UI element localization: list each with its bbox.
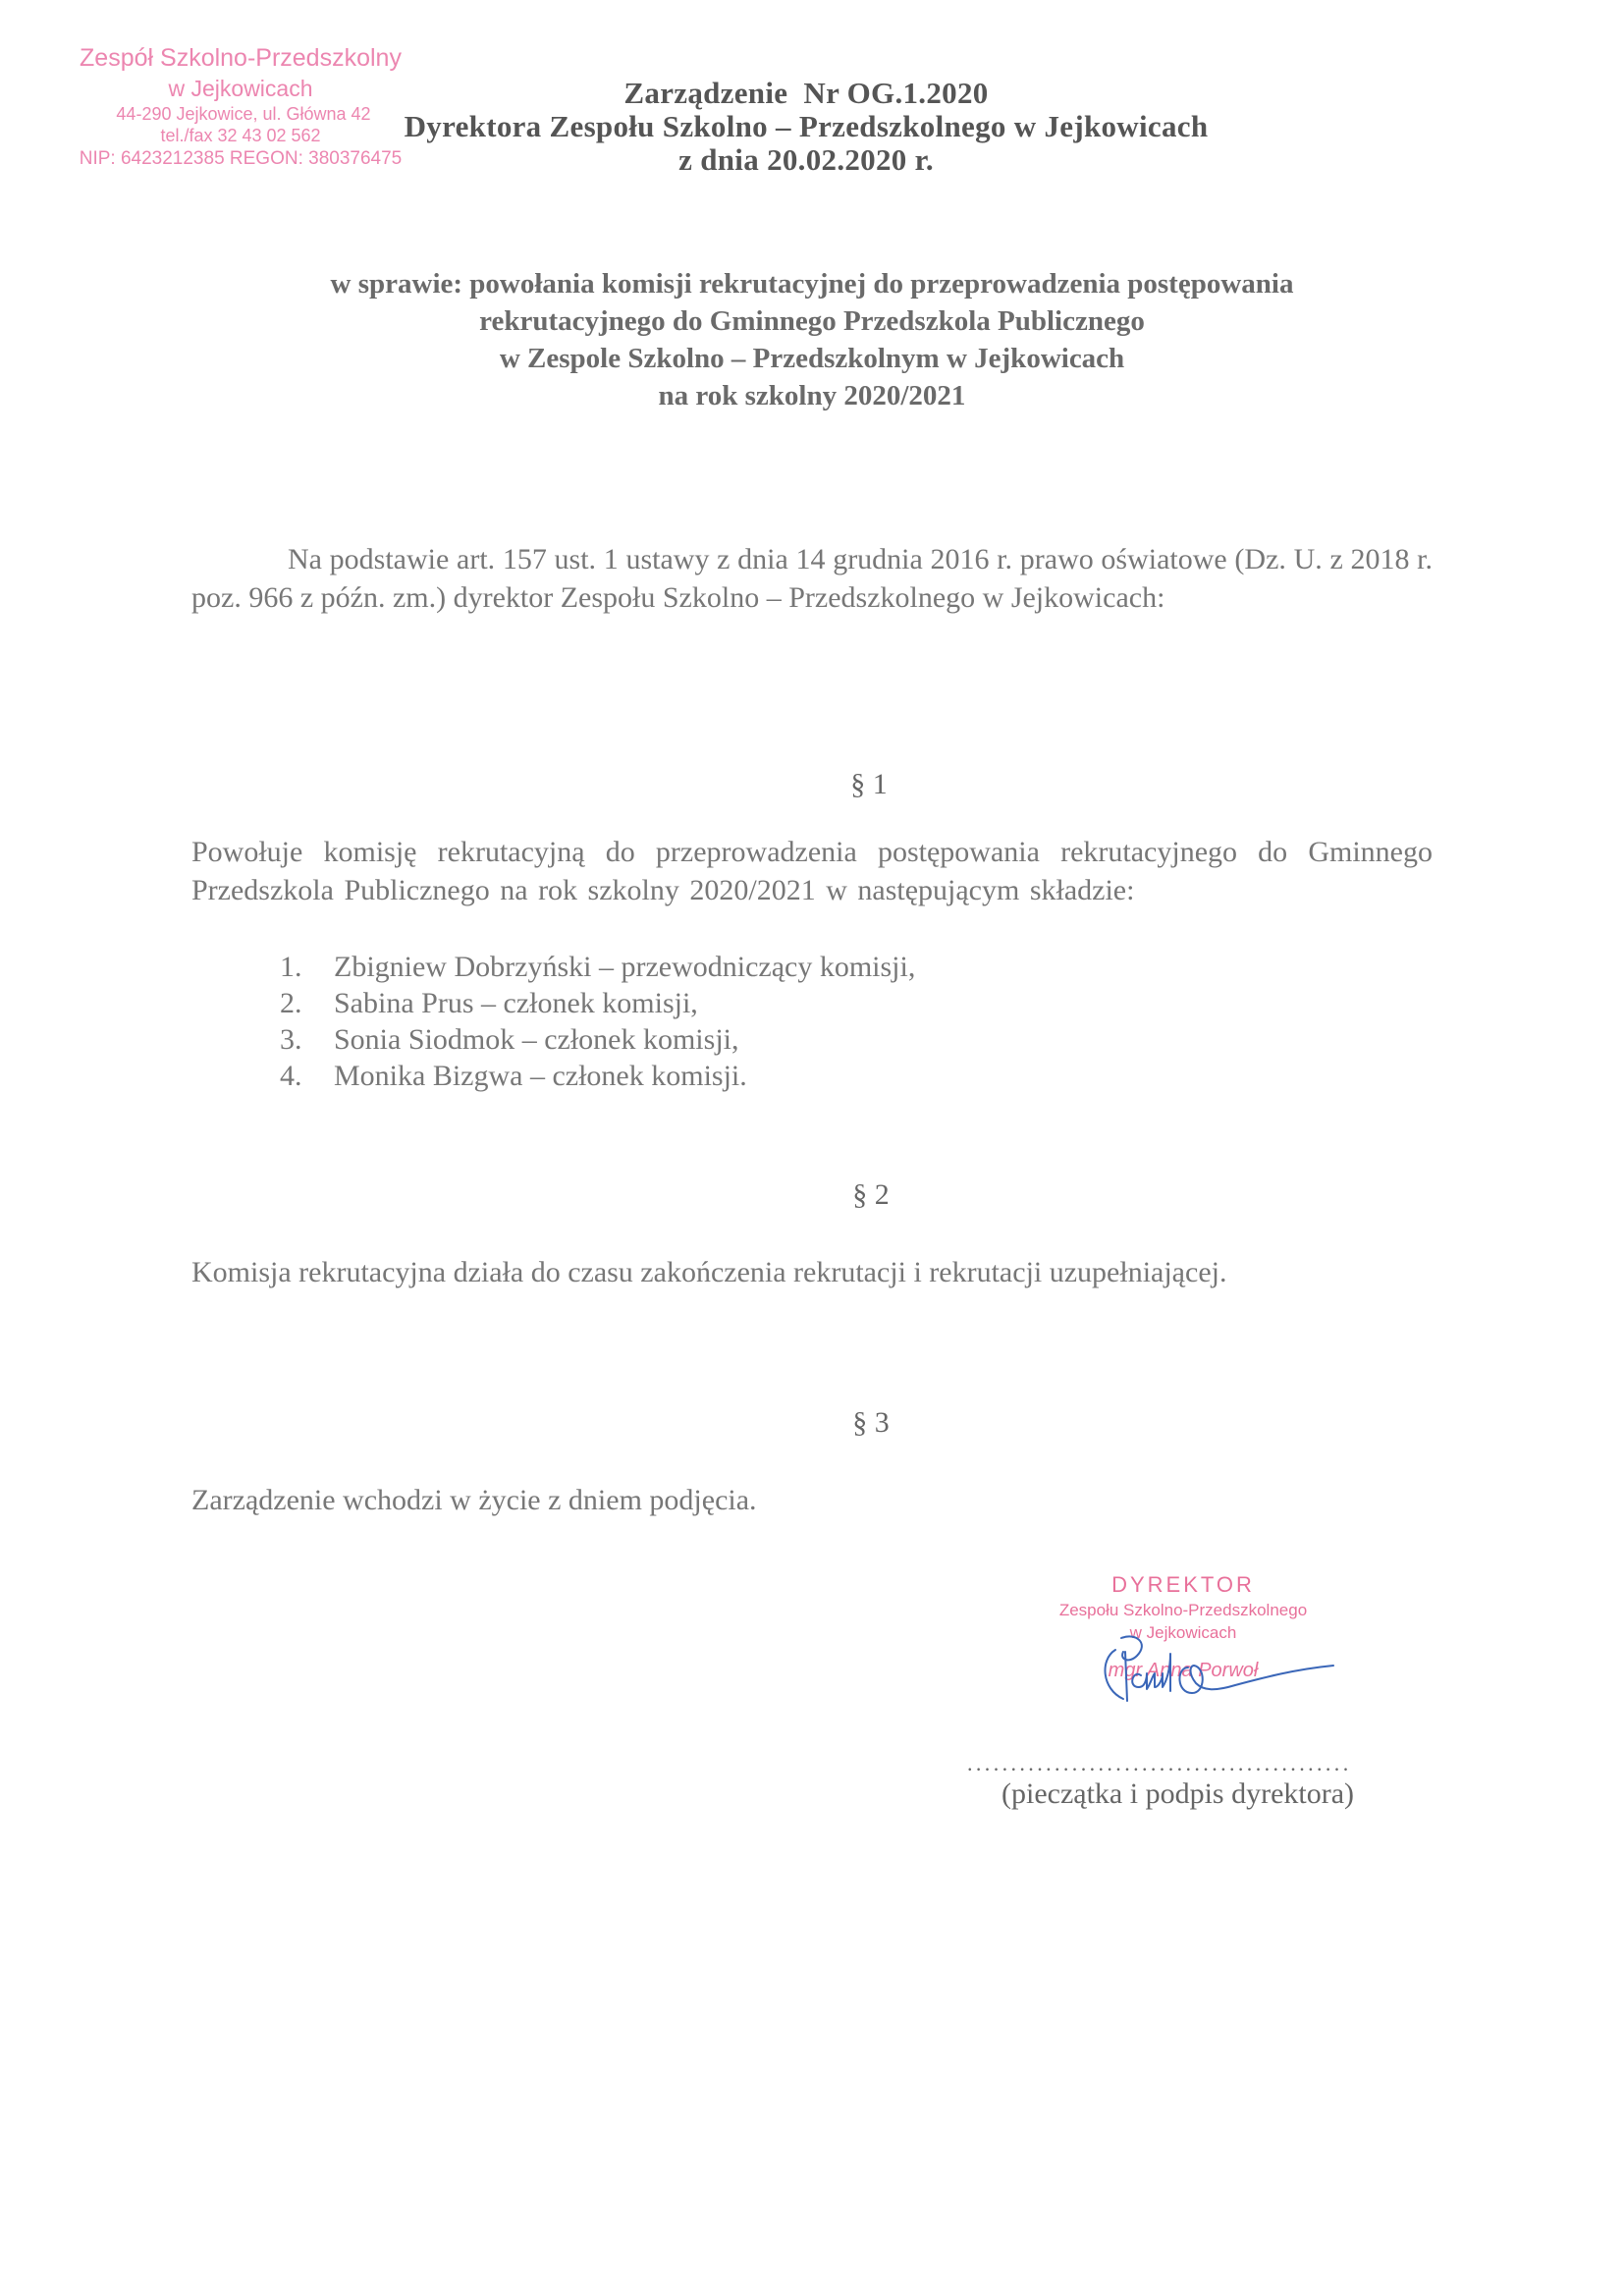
section-mark-3: § 3	[59, 1406, 1624, 1440]
signature-caption: (pieczątka i podpis dyrektora)	[1001, 1777, 1354, 1811]
list-item-text: Monika Bizgwa – członek komisji.	[334, 1060, 747, 1092]
school-stamp-name: Zespół Szkolno-Przedszkolny	[59, 43, 422, 74]
section-mark-1: § 1	[57, 768, 1624, 801]
document-title: Zarządzenie Nr OG.1.2020	[324, 77, 1288, 110]
preamble-text: Na podstawie art. 157 ust. 1 ustawy z dn…	[191, 543, 1433, 614]
section-3-text: Zarządzenie wchodzi w życie z dniem podj…	[191, 1481, 1173, 1519]
subject-line: w Zespole Szkolno – Przedszkolnym w Jejk…	[196, 340, 1428, 377]
list-item: 1.Zbigniew Dobrzyński – przewodniczący k…	[280, 949, 915, 985]
signature-icon	[1098, 1630, 1343, 1709]
list-item-number: 2.	[280, 985, 334, 1021]
list-item-text: Zbigniew Dobrzyński – przewodniczący kom…	[334, 951, 915, 983]
document-subject: w sprawie: powołania komisji rekrutacyjn…	[196, 265, 1428, 414]
section-mark-2: § 2	[59, 1178, 1624, 1212]
subject-line: w sprawie: powołania komisji rekrutacyjn…	[196, 265, 1428, 302]
section-2-text: Komisja rekrutacyjna działa do czasu zak…	[191, 1253, 1468, 1291]
list-item-number: 4.	[280, 1058, 334, 1094]
document-date: z dnia 20.02.2020 r.	[324, 143, 1288, 177]
list-item-number: 3.	[280, 1021, 334, 1058]
director-stamp-title: DYREKTOR	[1021, 1571, 1345, 1599]
document-header: Zarządzenie Nr OG.1.2020 Dyrektora Zespo…	[324, 77, 1288, 177]
subject-line: rekrutacyjnego do Gminnego Przedszkola P…	[196, 302, 1428, 340]
list-item-text: Sonia Siodmok – członek komisji,	[334, 1023, 739, 1056]
preamble-paragraph: Na podstawie art. 157 ust. 1 ustawy z dn…	[191, 540, 1433, 617]
document-issuer: Dyrektora Zespołu Szkolno – Przedszkolne…	[324, 110, 1288, 143]
section-1-text: Powołuje komisję rekrutacyjną do przepro…	[191, 833, 1433, 909]
director-stamp-school: Zespołu Szkolno-Przedszkolnego	[1021, 1599, 1345, 1621]
commission-members-list: 1.Zbigniew Dobrzyński – przewodniczący k…	[280, 949, 915, 1094]
signature-dotted-line: ........................................…	[967, 1751, 1352, 1777]
list-item: 4.Monika Bizgwa – członek komisji.	[280, 1058, 915, 1094]
list-item-number: 1.	[280, 949, 334, 985]
subject-line: na rok szkolny 2020/2021	[196, 377, 1428, 414]
list-item: 3.Sonia Siodmok – członek komisji,	[280, 1021, 915, 1058]
list-item-text: Sabina Prus – członek komisji,	[334, 987, 698, 1019]
list-item: 2.Sabina Prus – członek komisji,	[280, 985, 915, 1021]
